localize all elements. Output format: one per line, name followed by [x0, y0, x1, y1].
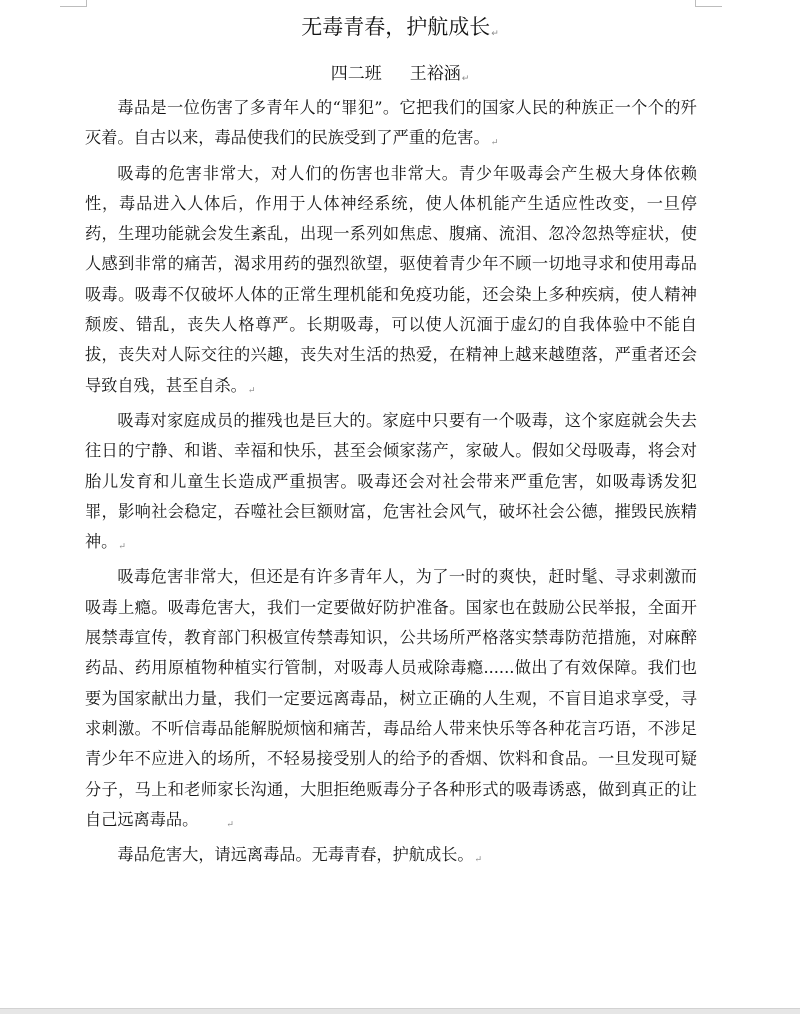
paragraph-text: 吸毒危害非常大，但还是有许多青年人，为了一时的爽快，赶时髦、寻求刺激而吸毒上瘾。…	[85, 567, 697, 828]
paragraph-mark-icon: ↵	[462, 74, 470, 84]
paragraph-5: 毒品危害大，请远离毒品。无毒青春，护航成长。↵	[85, 840, 697, 875]
author-class: 四二班	[331, 64, 382, 84]
document-page: 无毒青春，护航成长↵ 四二班王裕涵↵ 毒品是一位伤害了多青年人的“罪犯”。它把我…	[0, 0, 800, 1008]
title-text: 无毒青春，护航成长	[301, 15, 490, 39]
page-bottom-edge	[0, 1008, 800, 1014]
paragraph-mark-icon: ↵	[226, 820, 234, 830]
paragraph-text: 毒品危害大，请远离毒品。无毒青春，护航成长。	[117, 845, 473, 864]
paragraph-mark-icon: ↵	[475, 855, 483, 865]
paragraph-4: 吸毒危害非常大，但还是有许多青年人，为了一时的爽快，赶时髦、寻求刺激而吸毒上瘾。…	[85, 562, 697, 840]
paragraph-mark-icon: ↵	[491, 138, 499, 148]
paragraph-mark-icon: ↵	[491, 29, 499, 39]
document-body[interactable]: 毒品是一位伤害了多青年人的“罪犯”。它把我们的国家人民的种族正一个个的歼灭着。自…	[85, 93, 697, 875]
paragraph-2: 吸毒的危害非常大，对人们的伤害也非常大。青少年吸毒会产生极大身体依赖性，毒品进入…	[85, 159, 697, 406]
margin-corner-mark-top-right	[695, 0, 722, 7]
paragraph-text: 吸毒的危害非常大，对人们的伤害也非常大。青少年吸毒会产生极大身体依赖性，毒品进入…	[85, 164, 697, 395]
paragraph-mark-icon: ↵	[248, 386, 256, 396]
paragraph-1: 毒品是一位伤害了多青年人的“罪犯”。它把我们的国家人民的种族正一个个的歼灭着。自…	[85, 93, 697, 159]
paragraph-3: 吸毒对家庭成员的摧残也是巨大的。家庭中只要有一个吸毒，这个家庭就会失去往日的宁静…	[85, 406, 697, 562]
author-line: 四二班王裕涵↵	[0, 60, 800, 93]
paragraph-text: 吸毒对家庭成员的摧残也是巨大的。家庭中只要有一个吸毒，这个家庭就会失去往日的宁静…	[85, 411, 697, 551]
margin-corner-mark-top-left	[60, 0, 87, 7]
document-title: 无毒青春，护航成长↵	[0, 12, 800, 49]
paragraph-text: 毒品是一位伤害了多青年人的“罪犯”。它把我们的国家人民的种族正一个个的歼灭着。自…	[85, 98, 697, 147]
author-name: 王裕涵	[410, 64, 461, 84]
paragraph-mark-icon: ↵	[118, 542, 126, 552]
